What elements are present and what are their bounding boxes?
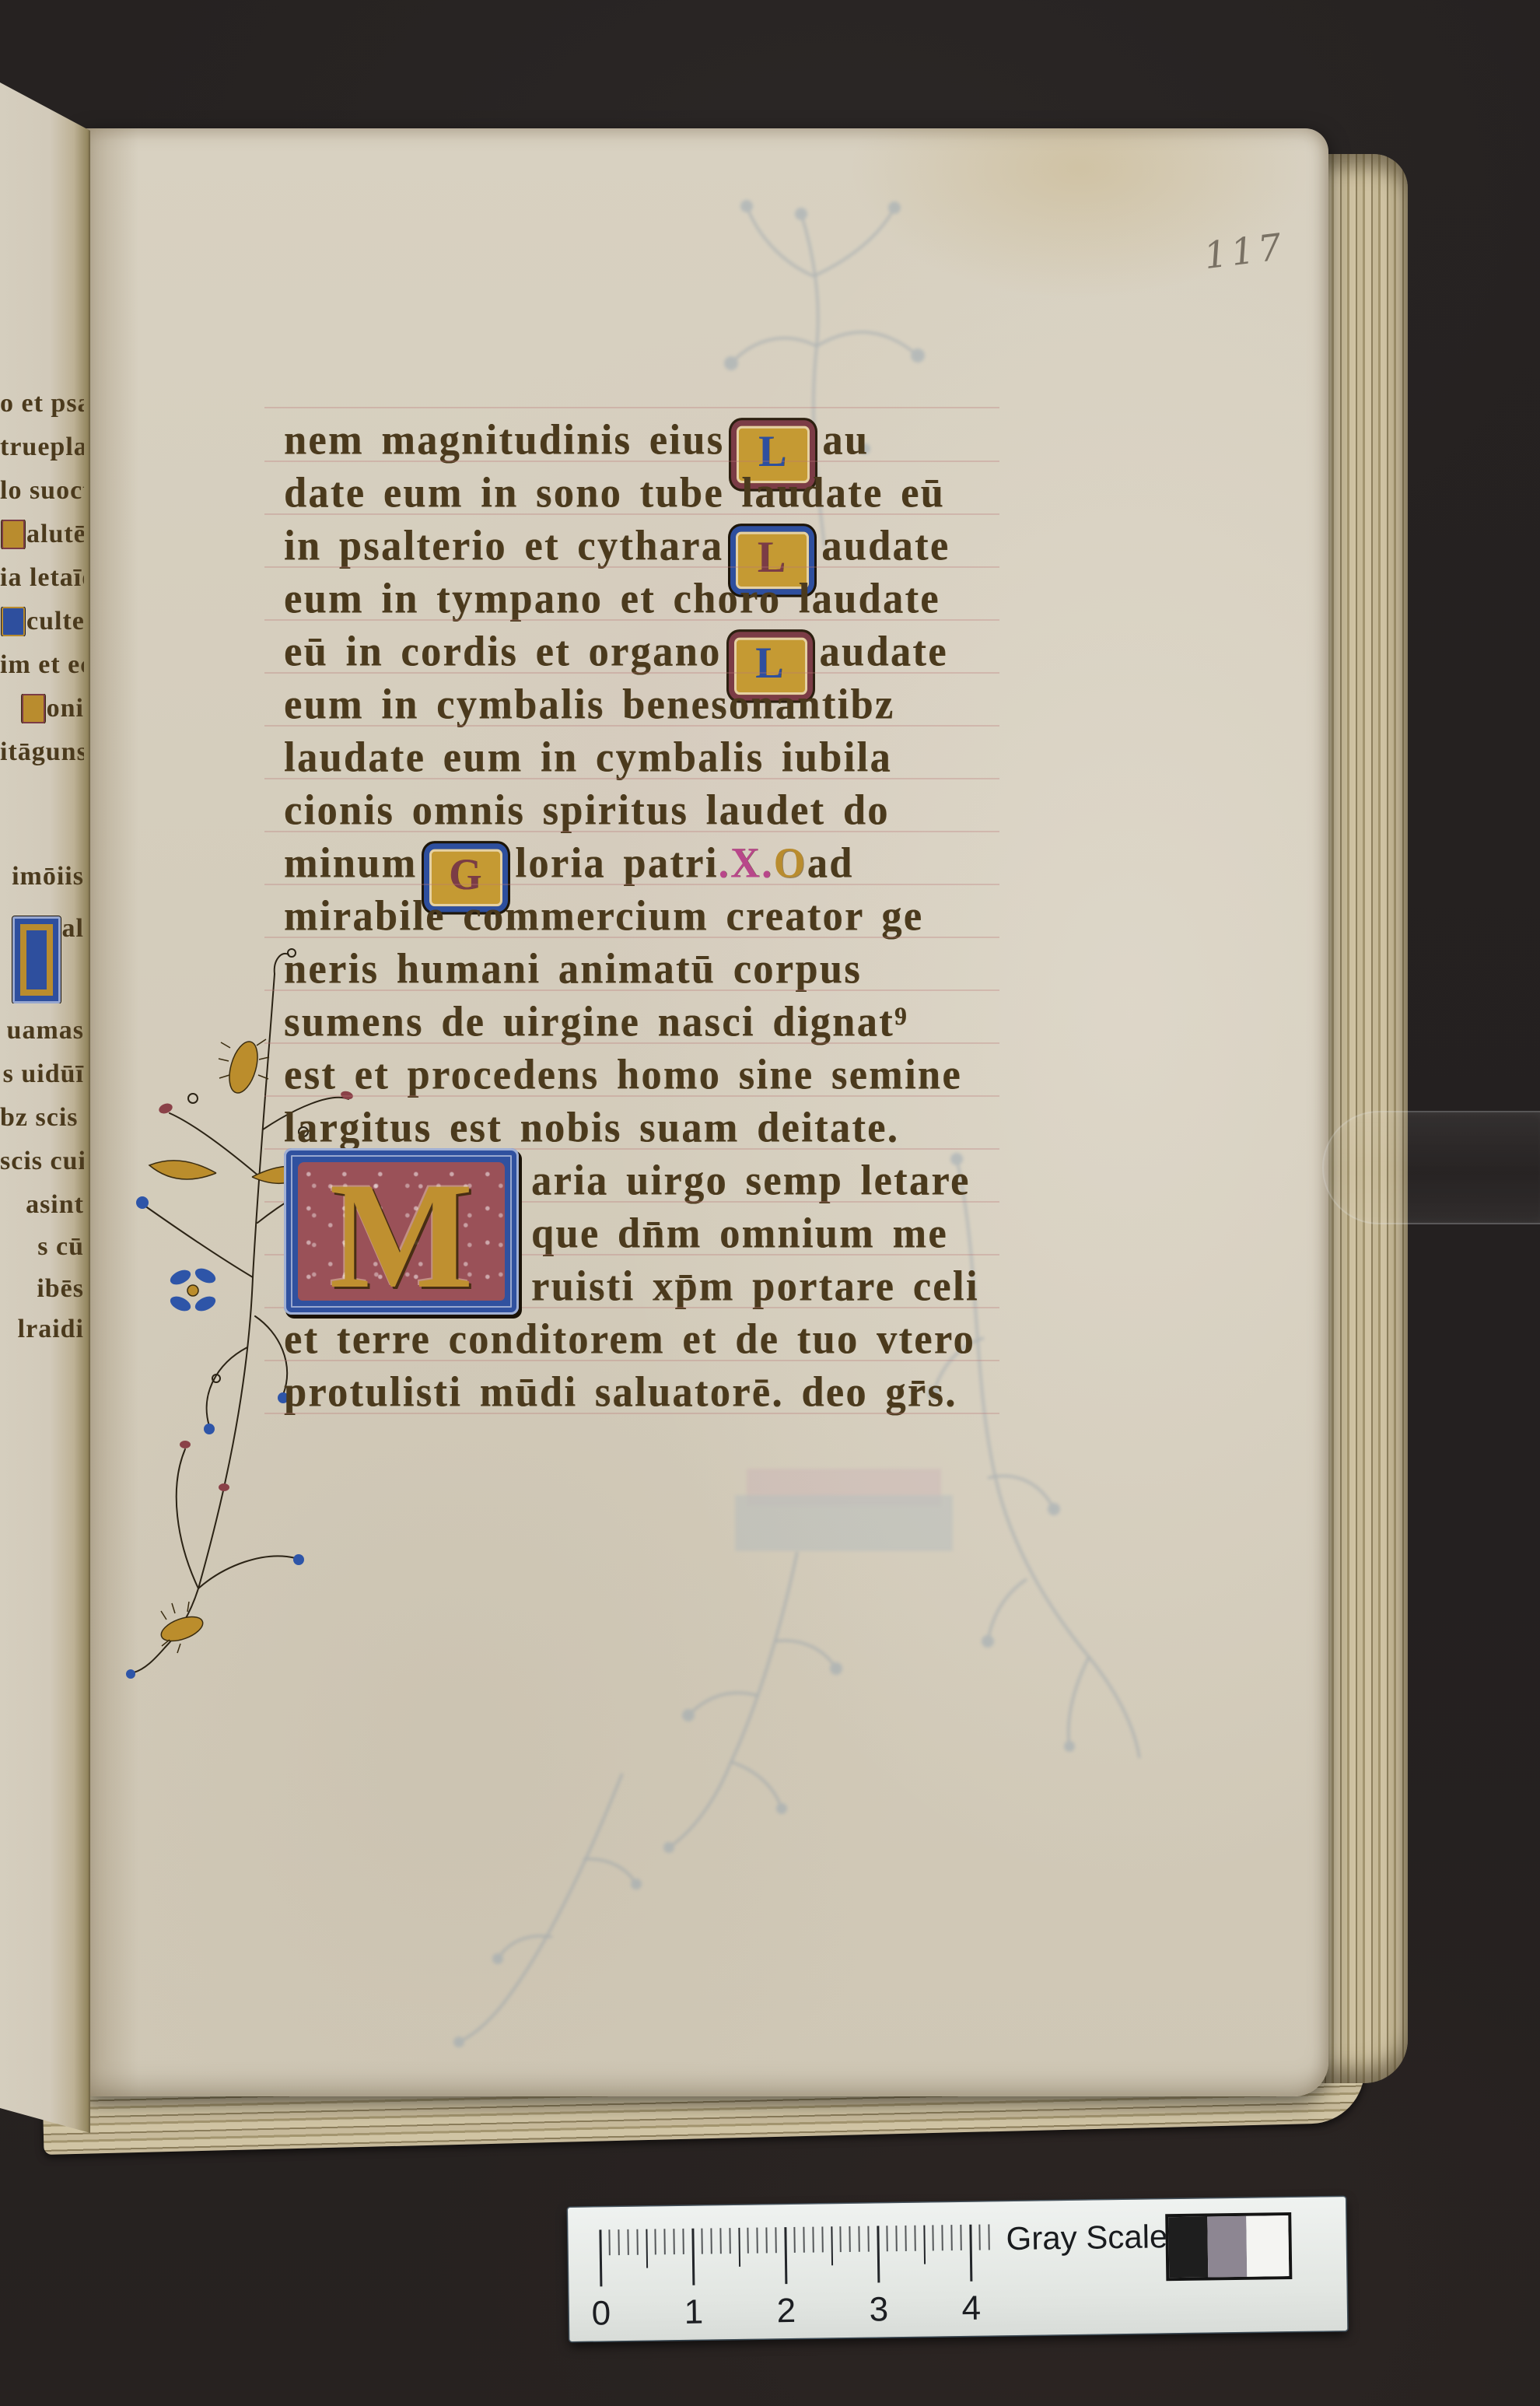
facing-page-text-fragment: bz scis ec <box>0 1103 84 1133</box>
offset-ghost-top <box>661 183 988 548</box>
ruler-tick <box>923 2226 926 2264</box>
facing-page-initial <box>2 607 25 636</box>
ruler-number: 1 <box>677 2292 712 2332</box>
facing-page-text-fragment: ibēs <box>0 1274 84 1304</box>
ruler-tick <box>895 2226 897 2251</box>
ruler-number: 0 <box>584 2294 619 2334</box>
facing-page-initial <box>2 520 25 549</box>
illuminated-initial-M: M <box>284 1148 519 1315</box>
ruler-card: 01234 Gray Scale <box>568 2197 1347 2341</box>
facing-page-sliver: o et psaltetrueplanlo suoctalutēia letaī… <box>0 78 90 2151</box>
ruler-tick <box>674 2229 675 2254</box>
ruler-tick <box>849 2226 851 2252</box>
ruler-tick <box>914 2226 915 2251</box>
ruler-ticks <box>568 2201 1067 2301</box>
facing-page-text-fragment: culte <box>0 607 84 636</box>
ruler-tick <box>784 2227 787 2284</box>
ruler-tick <box>729 2228 730 2254</box>
gray-scale-patches <box>1165 2212 1292 2281</box>
ruler-number: 3 <box>862 2290 897 2330</box>
facing-page-initial <box>22 694 45 723</box>
ruler-tick <box>867 2226 869 2252</box>
facing-page-text-fragment: o et psalte <box>0 389 84 419</box>
facing-page-text-fragment: trueplan <box>0 433 84 462</box>
ruler-tick <box>682 2229 684 2254</box>
ruler-tick <box>710 2228 712 2254</box>
fragment-text: im et ecsi <box>0 650 84 679</box>
ruler-tick <box>905 2226 906 2251</box>
fragment-text: trueplan <box>0 433 84 461</box>
ruler-tick <box>757 2228 758 2254</box>
gray-patch <box>1207 2216 1247 2278</box>
ruler-tick <box>877 2226 880 2282</box>
fragment-text: scis cui <box>0 1147 84 1175</box>
ruler-tick <box>691 2229 695 2285</box>
facing-page-text-fragment: scis cui <box>0 1147 84 1176</box>
ruler-tick <box>859 2226 860 2252</box>
ruler-tick <box>831 2226 833 2265</box>
photo-stage: o et psaltetrueplanlo suoctalutēia letaī… <box>0 0 1540 2406</box>
fragment-text: ia letaīo <box>0 563 84 592</box>
facing-page-initial <box>12 916 61 1003</box>
ruler-tick <box>988 2224 989 2250</box>
ruler-tick <box>942 2225 943 2250</box>
facing-page-text-fragment: im et ecsi <box>0 650 84 680</box>
facing-page-text-fragment: imōiis <box>0 862 84 891</box>
ruler-tick <box>664 2229 666 2254</box>
ruler-number: 2 <box>769 2292 804 2331</box>
facing-page-text-fragment: lo suoct <box>0 476 84 506</box>
ruler-tick <box>969 2225 972 2282</box>
offset-ghost-lower-left <box>436 1758 653 2069</box>
fragment-text: imōiis <box>12 862 84 891</box>
facing-page-text-fragment: al <box>0 914 84 1003</box>
fragment-text: itāguns <box>0 737 84 766</box>
page-holder-strip <box>1322 1111 1540 1224</box>
ruler-tick <box>960 2225 961 2250</box>
facing-page-text-fragment: oni <box>0 694 84 723</box>
fragment-text: asint <box>26 1190 84 1219</box>
ruler-tick <box>627 2229 628 2255</box>
ruler-tick <box>951 2225 953 2250</box>
facing-page-text-fragment: s uidūī <box>0 1059 84 1089</box>
ruler-tick <box>599 2229 602 2286</box>
fragment-text: uamas <box>7 1016 84 1045</box>
ruler-tick <box>793 2227 795 2253</box>
facing-page-text-fragment: lraidi <box>0 1315 84 1344</box>
ruler-tick <box>618 2229 619 2255</box>
facing-page-text-fragment: itāguns <box>0 737 84 767</box>
ruler-tick <box>738 2228 740 2267</box>
ruler-tick <box>821 2226 823 2252</box>
fragment-text: bz scis ec <box>0 1103 84 1132</box>
fragment-text: culte <box>26 607 84 636</box>
facing-page-text-fragment: ia letaīo <box>0 563 84 593</box>
fragment-text: lraidi <box>18 1315 84 1343</box>
ruler-tick <box>608 2229 610 2255</box>
gray-patch <box>1168 2217 1208 2278</box>
fragment-text: o et psalte <box>0 389 84 418</box>
ruler-tick <box>646 2229 648 2268</box>
ruler-tick <box>933 2225 934 2250</box>
ruler-tick <box>655 2229 656 2254</box>
ruler-tick <box>747 2228 749 2254</box>
fragment-text: lo suoct <box>0 476 84 505</box>
fragment-text: s cū <box>37 1232 84 1261</box>
fragment-text: al <box>62 914 84 943</box>
fragment-text: alutē <box>26 520 84 548</box>
ruler-tick <box>701 2229 702 2254</box>
facing-page-text-fragment: alutē <box>0 520 84 549</box>
fragment-text: oni <box>47 694 84 723</box>
ruler-tick <box>719 2228 721 2254</box>
ruler-tick <box>886 2226 887 2251</box>
gray-patch <box>1246 2215 1289 2277</box>
facing-page-text-fragment: asint <box>0 1190 84 1220</box>
ruler-tick <box>840 2226 842 2252</box>
ruler-number: 4 <box>954 2289 989 2328</box>
ruler-tick <box>803 2227 804 2253</box>
ruler-tick <box>636 2229 638 2255</box>
ruler-tick <box>812 2227 814 2253</box>
ruler-tick <box>775 2227 776 2253</box>
facing-page-text-fragment: s cū <box>0 1232 84 1262</box>
ruler-tick <box>978 2225 980 2250</box>
fragment-text: ibēs <box>37 1274 84 1303</box>
fragment-text: s uidūī <box>3 1059 84 1088</box>
initial-letter: M <box>284 1148 519 1315</box>
facing-page-text-fragment: uamas <box>0 1016 84 1045</box>
gray-scale-label: Gray Scale <box>1006 2218 1167 2257</box>
ruler-tick <box>766 2227 768 2253</box>
offset-ghost-bottom <box>614 1462 988 1882</box>
